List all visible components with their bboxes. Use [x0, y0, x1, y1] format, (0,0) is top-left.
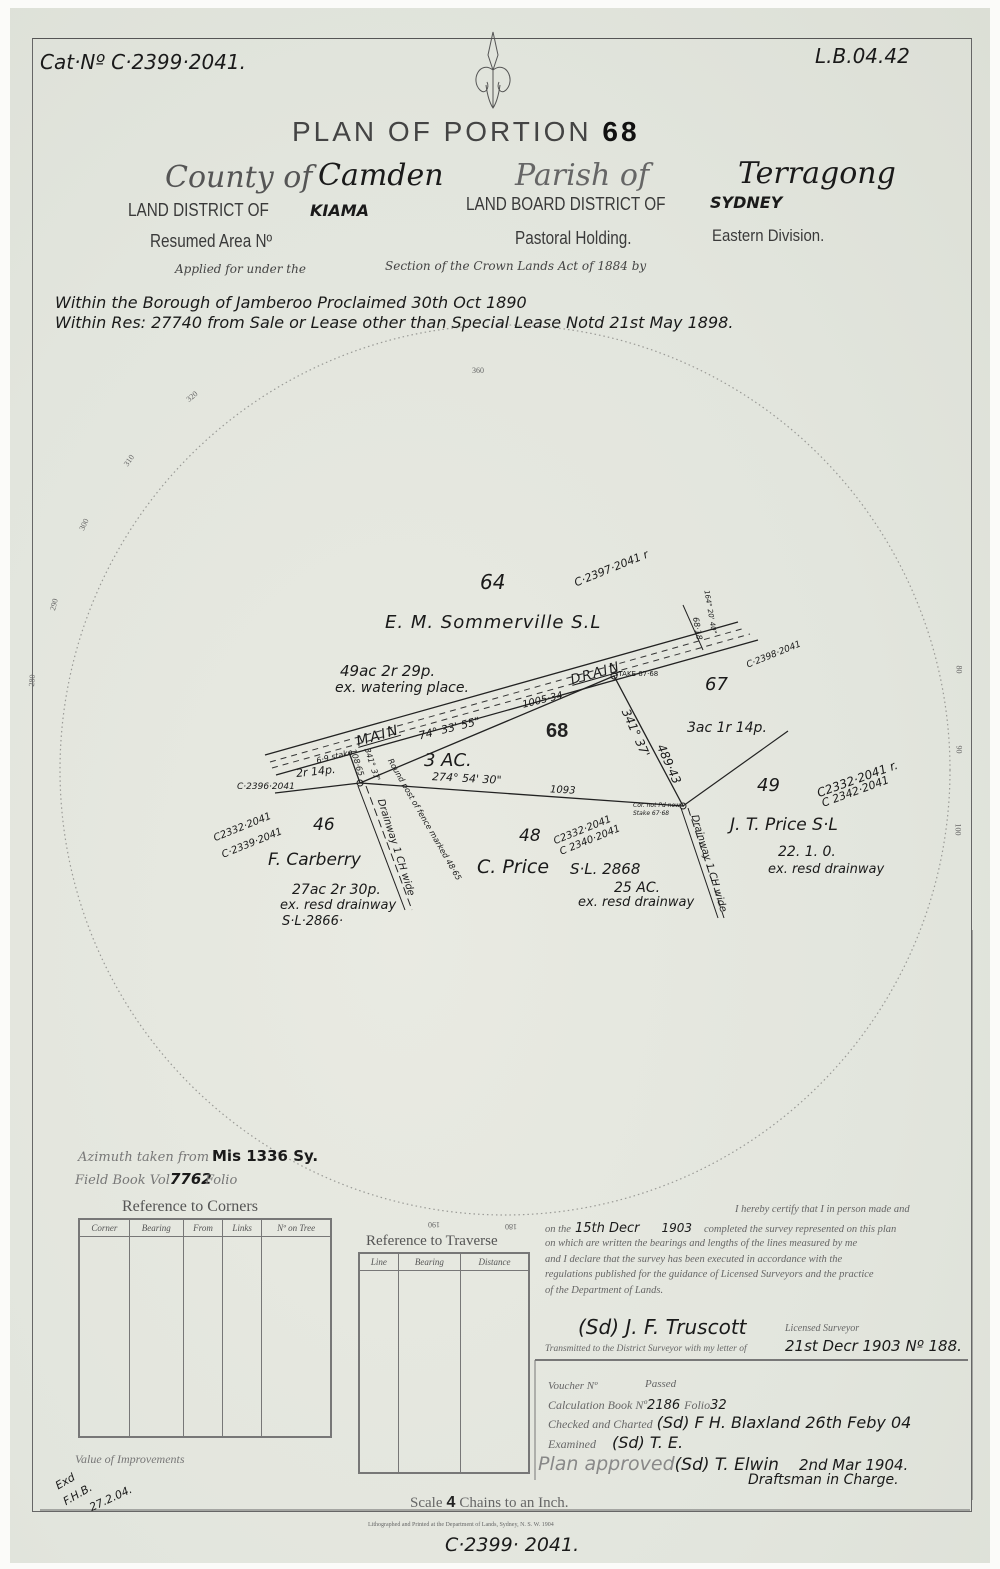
parcel-64-owner: E. M. Sommerville S.L: [385, 612, 601, 633]
parcel-49-number: 49: [757, 775, 780, 796]
county-value: Camden: [318, 158, 444, 193]
voucher-label: Voucher Nº: [548, 1380, 598, 1392]
parish-value: Terragong: [738, 156, 896, 191]
scale: Scale 4 Chains to an Inch.: [410, 1494, 569, 1512]
bottom-catalogue-number: C·2399· 2041.: [445, 1534, 579, 1556]
scale-suffix: Chains to an Inch.: [459, 1495, 568, 1511]
compass-label: 80: [955, 666, 964, 674]
calc-book-label: Calculation Book Nº: [548, 1398, 647, 1412]
drain-desc: ex. watering place.: [335, 680, 469, 696]
lb-reference: L.B.04.42: [815, 44, 910, 68]
parcel-48-owner: C. Price: [477, 856, 549, 878]
compass-label: 90: [955, 746, 964, 754]
field-book-label: Field Book Vol.: [75, 1173, 174, 1188]
north-arrow-icon: [476, 32, 510, 108]
cert-line-6: of the Department of Lands.: [545, 1285, 663, 1296]
parcel-67-number: 67: [705, 674, 728, 695]
calc-folio-no: 32: [710, 1398, 727, 1413]
resumed-area-label: Resumed Area Nº: [150, 231, 272, 252]
checked-label: Checked and Charted: [548, 1417, 653, 1431]
parcel-48-sl: S·L. 2868: [570, 860, 640, 878]
land-board-label: LAND BOARD DISTRICT OF: [466, 194, 665, 215]
parcel-49-area: 22. 1. 0.: [778, 844, 836, 860]
applied-for-label: Applied for under the: [175, 262, 306, 276]
value-improvements-label: Value of Improvements: [75, 1452, 185, 1467]
approved-label: Plan approved: [538, 1453, 675, 1475]
cert-line-2-rest: completed the survey represented on this…: [704, 1224, 896, 1235]
parcel-46-sl: S·L·2866·: [282, 914, 343, 929]
calc-folio-label: Folio: [684, 1398, 710, 1412]
portion-number: 68: [602, 116, 639, 147]
cert-date: 15th Decr: [575, 1221, 640, 1236]
note-reserve: Within Res: 27740 from Sale or Lease oth…: [55, 313, 733, 332]
parcel-48-number: 48: [519, 826, 541, 846]
ref-corners-title: Reference to Corners: [122, 1198, 258, 1216]
parcel-64-number: 64: [480, 570, 505, 594]
col-line: Line: [359, 1253, 398, 1271]
compass-label: 190: [428, 1220, 440, 1229]
cert-on-the: on the: [545, 1224, 571, 1235]
checked-charted: Checked and Charted (Sd) F H. Blaxland 2…: [548, 1413, 911, 1433]
land-board-value: SYDNEY: [710, 193, 782, 212]
examined-value: (Sd) T. E.: [612, 1433, 683, 1452]
division-label: Eastern Division.: [712, 226, 824, 246]
compass-label: 180: [505, 1222, 517, 1231]
examined: Examined (Sd) T. E.: [548, 1433, 683, 1453]
col-links: Links: [223, 1219, 262, 1237]
parcel-48-desc: ex. resd drainway: [578, 895, 694, 910]
pastoral-holding-label: Pastoral Holding.: [515, 228, 632, 249]
surveyor-label: Licensed Surveyor: [785, 1323, 859, 1334]
compass-rose: [60, 325, 950, 1215]
west-ref: C·2396·2041: [237, 782, 295, 792]
cert-year: 1903: [661, 1221, 692, 1235]
scale-prefix: Scale: [410, 1495, 442, 1511]
parcel-67-area: 3ac 1r 14p.: [687, 720, 767, 736]
cert-line-3: on which are written the bearings and le…: [545, 1238, 857, 1249]
transmitted-label: Transmitted to the District Surveyor wit…: [545, 1344, 747, 1354]
approved-role: Draftsman in Charge.: [748, 1472, 899, 1488]
col-no-on-tree: Nº on Tree: [262, 1219, 331, 1237]
corner-note: Cor. not Pd now Stake 67·68: [633, 802, 683, 818]
examined-label: Examined: [548, 1437, 596, 1451]
parcel-49-owner: J. T. Price S·L: [730, 815, 838, 835]
surveyor-signature: (Sd) J. F. Truscott: [578, 1315, 747, 1339]
col-from: From: [183, 1219, 222, 1237]
drain-area: 49ac 2r 29p.: [340, 662, 435, 680]
compass-label: 280: [27, 674, 37, 687]
folio-label: Folio: [205, 1173, 237, 1188]
ref-traverse-title: Reference to Traverse: [366, 1233, 498, 1250]
parcel-68-area: 3 AC.: [424, 750, 472, 771]
parish-label: Parish of: [515, 158, 649, 193]
parcel-46-area: 27ac 2r 30p.: [292, 882, 381, 898]
compass-label: 360: [472, 366, 484, 375]
parcel-68-number: 68: [546, 720, 568, 743]
col-bearing: Bearing: [398, 1253, 460, 1271]
parcel-46-number: 46: [313, 815, 335, 835]
col-corner: Corner: [79, 1219, 129, 1237]
note-borough: Within the Borough of Jamberoo Proclaime…: [55, 293, 527, 312]
calculation-book: Calculation Book Nº2186 Folio32: [548, 1396, 727, 1414]
parcel-46-desc: ex. resd drainway: [280, 898, 396, 913]
parcel-49-desc: ex. resd drainway: [768, 862, 884, 877]
col-distance: Distance: [460, 1253, 529, 1271]
col-bearing: Bearing: [129, 1219, 183, 1237]
county-label: County of: [165, 160, 312, 195]
land-district-value: KIAMA: [310, 201, 369, 220]
stake-label: STAKE 67·68: [614, 670, 658, 678]
parcel-46-owner: F. Carberry: [268, 850, 361, 870]
cert-line-2: on the 15th Decr 1903 completed the surv…: [545, 1219, 896, 1237]
cert-line-5: regulations published for the guidance o…: [545, 1269, 874, 1280]
catalogue-number: Cat·Nº C·2399·2041.: [40, 50, 246, 74]
printer-credit: Lithographed and Printed at the Departme…: [368, 1522, 554, 1528]
azimuth-label: Azimuth taken from: [78, 1150, 209, 1165]
parcel-48-area: 25 AC.: [614, 880, 660, 896]
section-label: Section of the Crown Lands Act of 1884 b…: [385, 259, 646, 273]
plan-title: PLAN OF PORTION 68: [292, 116, 640, 148]
title-text: PLAN OF PORTION: [292, 116, 592, 147]
cert-line-1: I hereby certify that I in person made a…: [735, 1204, 910, 1215]
transmitted-value: 21st Decr 1903 Nº 188.: [785, 1337, 962, 1355]
azimuth-value: Mis 1336 Sy.: [212, 1147, 318, 1165]
ref-traverse-table: Line Bearing Distance: [358, 1252, 530, 1474]
ref-corners-table: Corner Bearing From Links Nº on Tree: [78, 1218, 332, 1438]
scale-value: 4: [446, 1494, 455, 1511]
cert-line-4: and I declare that the survey has been e…: [545, 1254, 842, 1265]
passed-label: Passed: [645, 1378, 676, 1390]
land-district-label: LAND DISTRICT OF: [128, 200, 269, 221]
checked-value: (Sd) F H. Blaxland 26th Feby 04: [657, 1413, 912, 1432]
compass-label: 100: [954, 824, 963, 836]
calc-book-no: 2186: [647, 1398, 680, 1413]
length-south: 1093: [550, 784, 576, 796]
